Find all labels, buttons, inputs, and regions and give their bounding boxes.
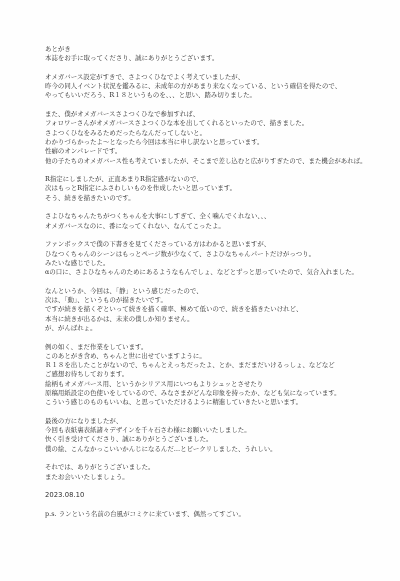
- postscript-text: p.s. ランという名前の台風がコミケに来ています、偶然ってすごい。: [45, 510, 375, 519]
- text-line: 次はもっとR指定にふさわしいものを作成したいと思っています。: [45, 184, 375, 193]
- paragraph-participation: また、僕がオメガバースさよつくひなで参加すれば、 フォロワーさんがオメガバースさ…: [45, 110, 375, 166]
- text-line: またお会いいたしましょう。: [45, 473, 375, 482]
- text-line: 僕の絵、こんなかっこいいかんじになるんだ…とビークリしました、うれしい。: [45, 445, 375, 454]
- paragraph-sequel: なんというか、今回は、「静」という感じだったので、 次は、「動」、というものが描…: [45, 287, 375, 333]
- text-line: また、僕がオメガバースさよつくひなで参加すれば、: [45, 110, 375, 119]
- text-line: 最後の方になりましたが、: [45, 417, 375, 426]
- paragraph-r-rating: R指定にしましたが、正直あまりR指定感がないので、 次はもっとR指定にふさわしい…: [45, 175, 375, 203]
- text-line: 性癖のオンパレードです。: [45, 147, 375, 156]
- text-line: ひなつくちゃんのシーンはもっとページ数が少なくて、さよひなちゃんパートだけがっつ…: [45, 250, 375, 259]
- text-line: αの口に、さよひなちゃんのためにあるようなもんでしょ、などとずっと思っていたので…: [45, 268, 375, 277]
- text-line: ご感想お待ちしております。: [45, 370, 375, 379]
- paragraph-omegaverse: オメガバース設定がすきで、さよつくひなでよく考えていましたが、 昨今の同人イベン…: [45, 73, 375, 101]
- afterword-title: あとがき 本誌をお手に取ってくださり、誠にありがとうございます。: [45, 45, 375, 64]
- paragraph-fanbox: ファンボックスで僕の下書きを見てくださっている方はわかると思いますが、 ひなつく…: [45, 240, 375, 277]
- postscript-block: p.s. ランという名前の台風がコミケに来ています、偶然ってすごい。: [45, 510, 375, 519]
- text-line: 絵柄もオメガバース用、というかシリアス用にいつもよりシュッとさせたり: [45, 380, 375, 389]
- text-line: なんというか、今回は、「静」という感じだったので、: [45, 287, 375, 296]
- date-text: 2023.08.10: [45, 491, 375, 500]
- text-line: フォロワーさんがオメガバースさよつくひな本を出してくれるといったので、描きました…: [45, 119, 375, 128]
- text-line: 他の子たちのオメガバース性も考えていましたが、そこまで差し込むと広がりすぎたので…: [45, 157, 375, 166]
- text-line: 原稿用紙設定の色使いをしているので、みなさまがどんな印象を持ったか、なども気にな…: [45, 389, 375, 398]
- text-line: わかりづらかったよ～となったら今回は本当に申し訳ないと思っています。: [45, 138, 375, 147]
- text-line: やってもいいだろう、R１８というものを、、、と思い、踏み切りました。: [45, 91, 375, 100]
- paragraph-thanks-designer: 最後の方になりましたが、 今回も表紙裏表紙諸々デザインを千々石さわ様にお願いいた…: [45, 417, 375, 454]
- text-line: さよひなちゃんたちがつくちゃんを大事にしすぎて、全く噛んでくれない、、、: [45, 212, 375, 221]
- text-line: そう、続きを描きたいのです。: [45, 194, 375, 203]
- text-line: みたいな感じでした。: [45, 259, 375, 268]
- date-block: 2023.08.10: [45, 491, 375, 500]
- text-line: ファンボックスで僕の下書きを見てくださっている方はわかると思いますが、: [45, 240, 375, 249]
- text-line: Ｒ１８を出したことがないので、ちゃんとえっちだったよ、とか、まだまだいけるっしょ…: [45, 361, 375, 370]
- text-line: ですが続きを描くぞといって続きを描く確率、極めて低いので、続きを描きたいけれど、: [45, 305, 375, 314]
- title-line: あとがき: [45, 45, 375, 54]
- paragraph-work-status: 例の如く、まだ作業をしています。 このあとがき含め、ちゃんと世に出せていますよう…: [45, 343, 375, 408]
- text-line: 例の如く、まだ作業をしています。: [45, 343, 375, 352]
- text-line: オメガバース設定がすきで、さよつくひなでよく考えていましたが、: [45, 73, 375, 82]
- text-line: 快く引き受けてくださり、誠にありがとうございました。: [45, 435, 375, 444]
- paragraph-characters: さよひなちゃんたちがつくちゃんを大事にしすぎて、全く噛んでくれない、、、 オメガ…: [45, 212, 375, 231]
- text-line: このあとがき含め、ちゃんと世に出せていますように。: [45, 352, 375, 361]
- text-line: それでは、ありがとうございました。: [45, 463, 375, 472]
- text-line: 本当に続きが出るかは、未来の僕しか知りません。: [45, 315, 375, 324]
- text-line: さよつくひなをみるためだったらなんだってしないと。: [45, 129, 375, 138]
- text-line: が、がんばれょ。: [45, 324, 375, 333]
- text-line: 本誌をお手に取ってくださり、誠にありがとうございます。: [45, 54, 375, 63]
- afterword-text: あとがき 本誌をお手に取ってくださり、誠にありがとうございます。 オメガバース設…: [45, 45, 375, 528]
- text-line: こういう感じのものもいいね、と思っていただけるように精進していきたいと思います。: [45, 398, 375, 407]
- document-page: あとがき 本誌をお手に取ってくださり、誠にありがとうございます。 オメガバース設…: [0, 0, 400, 581]
- paragraph-closing: それでは、ありがとうございました。 またお会いいたしましょう。: [45, 463, 375, 482]
- text-line: オメガバースなのに、番になってくれない、なんてこったよ。: [45, 222, 375, 231]
- text-line: 次は、「動」、というものが描きたいです。: [45, 296, 375, 305]
